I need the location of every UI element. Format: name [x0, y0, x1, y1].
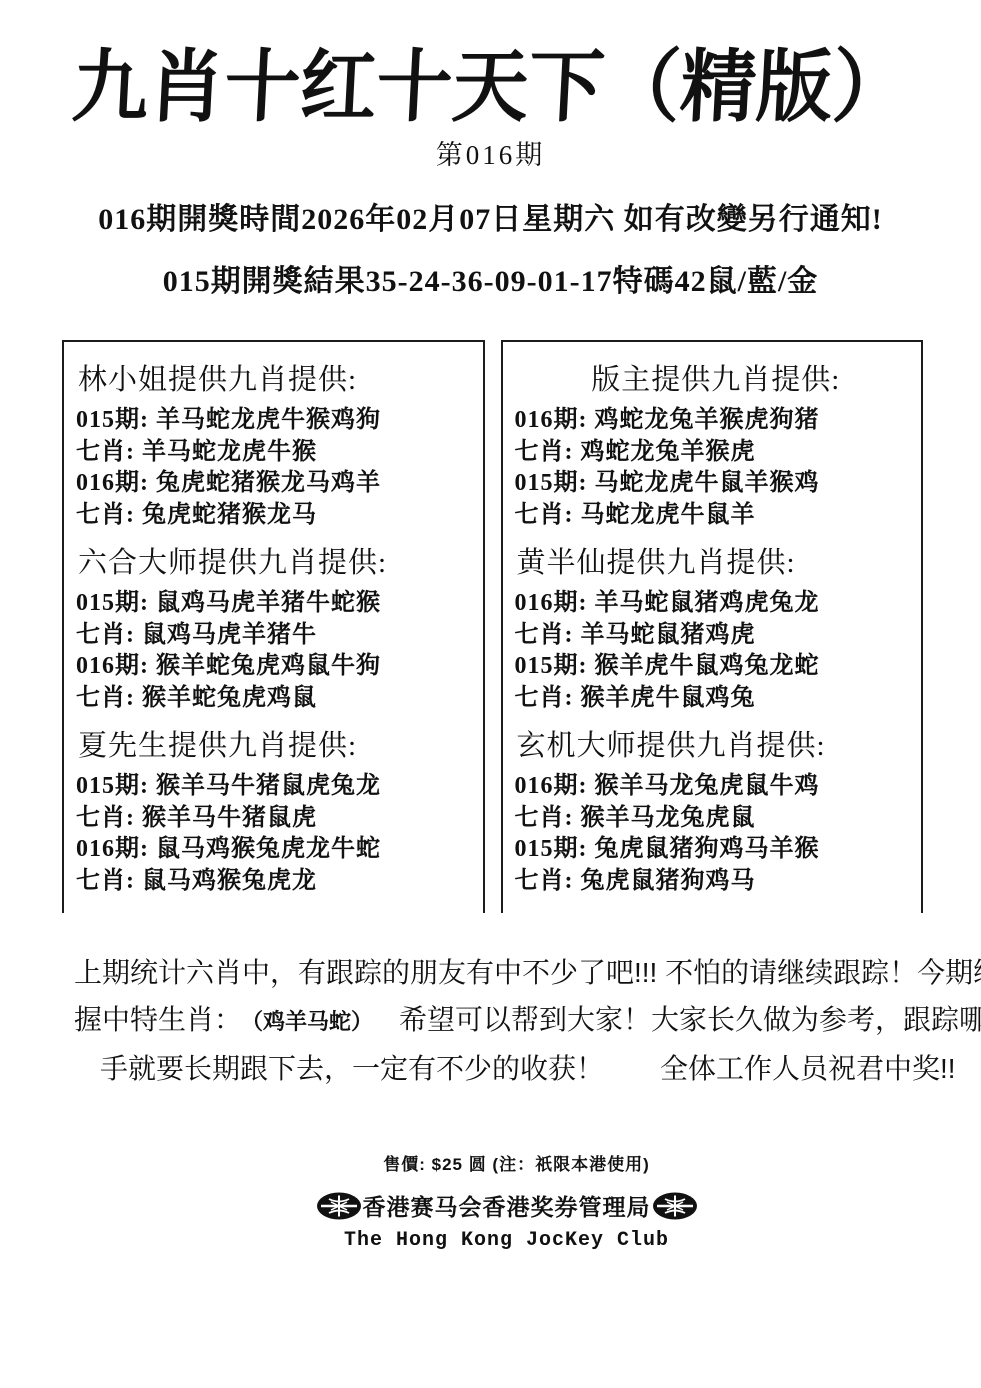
tipster-panel-row: 015期: 猴羊虎牛鼠鸡兔龙蛇: [515, 651, 916, 683]
issue-number: 第016期: [0, 133, 981, 172]
commentary-line-2: 握中特生肖：（鸡羊马蛇）希望可以帮到大家！大家长久做为参考，跟踪哪位高: [74, 996, 923, 1045]
tipster-panel-title: 林小姐提供九肖提供:: [78, 357, 477, 398]
masthead-title: 九肖十红十天下（精版）: [0, 42, 981, 131]
tipster-panel: 林小姐提供九肖提供: 015期: 羊马蛇龙虎牛猴鸡狗七肖: 羊马蛇龙虎牛猴016…: [76, 357, 477, 531]
tipster-panel-row: 七肖: 猴羊虎牛鼠鸡兔: [515, 683, 916, 715]
commentary-line3-a: 手就要长期跟下去，一定有不少的收获！: [100, 1053, 604, 1084]
last-result-line: 015期開獎結果35-24-36-09-01-17特碼42鼠/藍/金: [0, 256, 981, 300]
tipster-panel-row: 七肖: 猴羊马龙兔虎鼠: [515, 803, 916, 835]
tipster-panel-row: 七肖: 羊马蛇龙虎牛猴: [76, 437, 477, 469]
price-line: 售價: $25 圆 (注：祇限本港使用): [26, 1150, 981, 1175]
commentary-line-3: 手就要长期跟下去，一定有不少的收获！全体工作人员祝君中奖!!: [74, 1045, 923, 1092]
tipster-panel-row: 七肖: 羊马蛇鼠猪鸡虎: [515, 620, 916, 652]
tipster-panel-row: 016期: 猴羊马龙兔虎鼠牛鸡: [515, 771, 916, 803]
special-zodiac-note: （鸡羊马蛇）: [252, 1009, 373, 1034]
tipster-panel-row: 016期: 猴羊蛇兔虎鸡鼠牛狗: [76, 651, 477, 683]
tipster-panel-row: 七肖: 鼠鸡马虎羊猪牛: [76, 620, 477, 652]
tipster-panel-title: 六合大师提供九肖提供:: [78, 540, 477, 581]
tipster-panel-row: 015期: 兔虎鼠猪狗鸡马羊猴: [515, 834, 916, 866]
tipster-panel-row: 015期: 羊马蛇龙虎牛猴鸡狗: [76, 405, 477, 437]
tipster-panel-row: 015期: 鼠鸡马虎羊猪牛蛇猴: [76, 588, 477, 620]
tipster-columns: 林小姐提供九肖提供: 015期: 羊马蛇龙虎牛猴鸡狗七肖: 羊马蛇龙虎牛猴016…: [62, 340, 923, 913]
tipster-panel-row: 七肖: 鼠马鸡猴兔虎龙: [76, 866, 477, 898]
tipster-panel-row: 七肖: 兔虎鼠猪狗鸡马: [515, 866, 916, 898]
draw-time-line: 016期開獎時間2026年02月07日星期六 如有改變另行通知!: [0, 194, 981, 238]
tip-sheet-page: 九肖十红十天下（精版） 第016期 016期開獎時間2026年02月07日星期六…: [0, 0, 981, 1388]
tipster-panel-row: 七肖: 猴羊马牛猪鼠虎: [76, 803, 477, 835]
commentary-line-1: 上期统计六肖中，有跟踪的朋友有中不少了吧!!! 不怕的请继续跟踪！今期综合比较有…: [74, 949, 923, 996]
tipster-panel-title: 夏先生提供九肖提供:: [78, 723, 477, 764]
commentary-line2-prefix: 握中特生肖：: [74, 1004, 242, 1035]
club-name-chinese: 香港赛马会香港奖券管理局: [363, 1189, 651, 1222]
tipster-panel-row: 七肖: 猴羊蛇兔虎鸡鼠: [76, 683, 477, 715]
tipster-panel: 玄机大师提供九肖提供: 016期: 猴羊马龙兔虎鼠牛鸡七肖: 猴羊马龙兔虎鼠01…: [515, 723, 916, 897]
tipster-panel-row: 016期: 鼠马鸡猴兔虎龙牛蛇: [76, 834, 477, 866]
left-tipster-box: 林小姐提供九肖提供: 015期: 羊马蛇龙虎牛猴鸡狗七肖: 羊马蛇龙虎牛猴016…: [62, 340, 485, 913]
commentary-line2-suffix: 希望可以帮到大家！大家长久做为参考，跟踪哪位高: [399, 1004, 981, 1035]
club-line: 香港赛马会香港奖券管理局: [16, 1189, 981, 1222]
tipster-panel: 夏先生提供九肖提供: 015期: 猴羊马牛猪鼠虎兔龙七肖: 猴羊马牛猪鼠虎016…: [76, 723, 477, 897]
club-name-english: The Hong Kong JocKey Club: [16, 1229, 981, 1252]
tipster-panel: 黄半仙提供九肖提供: 016期: 羊马蛇鼠猪鸡虎兔龙七肖: 羊马蛇鼠猪鸡虎015…: [515, 540, 916, 714]
tipster-panel: 版主提供九肖提供: 016期: 鸡蛇龙兔羊猴虎狗猪七肖: 鸡蛇龙兔羊猴虎015期…: [515, 357, 916, 531]
tipster-panel-row: 016期: 羊马蛇鼠猪鸡虎兔龙: [515, 588, 916, 620]
tipster-panel-row: 016期: 兔虎蛇猪猴龙马鸡羊: [76, 468, 477, 500]
right-tipster-box: 版主提供九肖提供: 016期: 鸡蛇龙兔羊猴虎狗猪七肖: 鸡蛇龙兔羊猴虎015期…: [501, 340, 924, 913]
tipster-panel-title: 黄半仙提供九肖提供:: [517, 540, 916, 581]
tipster-panel-title: 玄机大师提供九肖提供:: [517, 723, 916, 764]
hkjc-logo-icon: [652, 1191, 698, 1221]
tipster-panel-row: 015期: 马蛇龙虎牛鼠羊猴鸡: [515, 468, 916, 500]
tipster-panel-row: 七肖: 鸡蛇龙兔羊猴虎: [515, 437, 916, 469]
tipster-panel-row: 016期: 鸡蛇龙兔羊猴虎狗猪: [515, 405, 916, 437]
commentary-line3-b: 全体工作人员祝君中奖!!: [660, 1053, 956, 1084]
tipster-panel-row: 七肖: 马蛇龙虎牛鼠羊: [515, 500, 916, 532]
tipster-panel-row: 七肖: 兔虎蛇猪猴龙马: [76, 500, 477, 532]
commentary: 上期统计六肖中，有跟踪的朋友有中不少了吧!!! 不怕的请继续跟踪！今期综合比较有…: [74, 949, 923, 1092]
tipster-panel-row: 015期: 猴羊马牛猪鼠虎兔龙: [76, 771, 477, 803]
hkjc-logo-icon: [316, 1191, 362, 1221]
tipster-panel-title: 版主提供九肖提供:: [517, 357, 916, 398]
tipster-panel: 六合大师提供九肖提供: 015期: 鼠鸡马虎羊猪牛蛇猴七肖: 鼠鸡马虎羊猪牛01…: [76, 540, 477, 714]
